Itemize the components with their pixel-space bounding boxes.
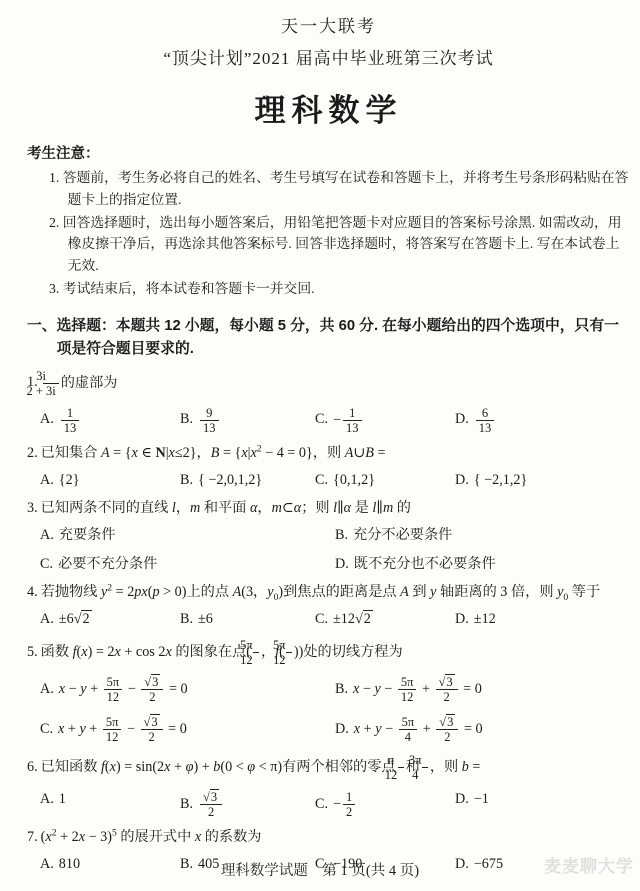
exam-session-title: “顶尖计划”2021 届高中毕业班第三次考试 xyxy=(27,44,630,69)
option-label: B. xyxy=(180,796,193,812)
fraction: 3i2 + 3i xyxy=(43,369,59,398)
question-stem: 4.若抛物线 y2 = 2px(p > 0)上的点 A(3，y0)到焦点的距离是… xyxy=(27,582,630,603)
options: A.充要条件B.充分不必要条件C.必要不充分条件D.既不充分也不必要条件 xyxy=(40,525,630,575)
option-label: B. xyxy=(180,411,193,427)
options: A.1B.√32C.−12D.−1 xyxy=(40,789,630,820)
fraction: 5π12 xyxy=(104,675,123,704)
fraction: 5π12 xyxy=(398,675,417,704)
option-label: B. xyxy=(335,681,348,697)
option-D: D.x + y − 5π4 + √32 = 0 xyxy=(335,714,630,745)
option-C: C.必要不充分条件 xyxy=(40,554,335,575)
fraction: √32 xyxy=(200,790,222,819)
option-C: C.−113 xyxy=(315,405,455,436)
radical: √3 xyxy=(203,789,219,804)
fraction: √32 xyxy=(436,715,458,744)
option-label: B. xyxy=(180,472,193,488)
fraction: π12 xyxy=(398,753,404,782)
options: A.x − y + 5π12 − √32 = 0B.x − y − 5π12 +… xyxy=(40,674,630,745)
radical: √3 xyxy=(144,674,160,689)
option-label: A. xyxy=(40,681,54,697)
option-label: D. xyxy=(335,721,349,737)
options: A.±6√2B.±6C.±12√2D.±12 xyxy=(40,609,630,630)
option-B: B.{ −2,0,1,2} xyxy=(180,470,315,491)
question-number: 6. xyxy=(27,759,38,775)
question-stem: 5.函数 f(x) = 2x + cos 2x 的图象在点(5π12，f(5π1… xyxy=(27,637,630,668)
notice-item-3: 3. 考试结束后，将本试卷和答题卡一并交回. xyxy=(49,278,630,300)
radical: √2 xyxy=(74,610,92,627)
fraction: 613 xyxy=(476,406,494,435)
fraction: 5π12 xyxy=(103,715,122,744)
question-stem: 2.已知集合 A = {x ∈ N|x≤2}，B = {x|x2 − 4 = 0… xyxy=(27,443,630,464)
option-label: C. xyxy=(315,611,328,627)
option-label: D. xyxy=(335,556,349,572)
fraction: 3π4 xyxy=(422,753,428,782)
radical: √3 xyxy=(439,714,455,729)
option-label: B. xyxy=(335,527,348,543)
exam-organizer-title: 天一大联考 xyxy=(27,12,630,37)
question-number: 4. xyxy=(27,584,38,600)
option-label: C. xyxy=(315,472,328,488)
option-D: D.±12 xyxy=(455,609,630,630)
option-label: C. xyxy=(40,556,53,572)
fraction: 5π12 xyxy=(286,638,292,667)
question-stem: 3.已知两条不同的直线 l，m 和平面 α，m⊂α；则 l∥α 是 l∥m 的 xyxy=(27,498,630,519)
question-stem: 6.已知函数 f(x) = sin(2x + φ) + b(0 < φ < π)… xyxy=(27,752,630,783)
fraction: 5π12 xyxy=(253,638,259,667)
question-number: 3. xyxy=(27,500,38,516)
subject-title: 理科数学 xyxy=(27,85,630,130)
option-A: A.{2} xyxy=(40,470,180,491)
option-B: B.充分不必要条件 xyxy=(335,525,630,546)
exam-page: 天一大联考 “顶尖计划”2021 届高中毕业班第三次考试 理科数学 考生注意： … xyxy=(27,12,630,875)
option-label: D. xyxy=(455,472,469,488)
question-number: 5. xyxy=(27,644,38,660)
question-6: 6.已知函数 f(x) = sin(2x + φ) + b(0 < φ < π)… xyxy=(27,752,630,820)
question-3: 3.已知两条不同的直线 l，m 和平面 α，m⊂α；则 l∥α 是 l∥m 的A… xyxy=(27,498,630,575)
option-D: D.−1 xyxy=(455,789,630,820)
fraction: √32 xyxy=(141,675,163,704)
fraction: √32 xyxy=(436,675,458,704)
notice-item-1: 1. 答题前，考生务必将自己的姓名、考生号填写在试卷和答题卡上，并将考生号条形码… xyxy=(49,167,630,211)
option-label: C. xyxy=(40,721,53,737)
option-label: B. xyxy=(180,611,193,627)
option-B: B.913 xyxy=(180,405,315,436)
fraction: 113 xyxy=(61,406,79,435)
question-number: 7. xyxy=(27,829,38,845)
question-2: 2.已知集合 A = {x ∈ N|x≤2}，B = {x|x2 − 4 = 0… xyxy=(27,443,630,491)
option-label: A. xyxy=(40,411,54,427)
questions-list: 1.3i2 + 3i的虚部为A.113B.913C.−113D.6132.已知集… xyxy=(27,368,630,875)
fraction: 12 xyxy=(343,790,355,819)
option-label: A. xyxy=(40,472,54,488)
fraction: 5π4 xyxy=(399,715,418,744)
option-label: C. xyxy=(315,411,328,427)
option-D: D.613 xyxy=(455,405,630,436)
notice-item-2: 2. 回答选择题时，选出每小题答案后，用铅笔把答题卡对应题目的答案标号涂黑. 如… xyxy=(49,212,630,277)
question-stem: 1.3i2 + 3i的虚部为 xyxy=(27,368,630,399)
option-label: D. xyxy=(455,611,469,627)
section-header: 一、选择题：本题共 12 小题，每小题 5 分，共 60 分. 在每小题给出的四… xyxy=(27,315,630,361)
option-A: A.1 xyxy=(40,789,180,820)
notice-list: 1. 答题前，考生务必将自己的姓名、考生号填写在试卷和答题卡上，并将考生号条形码… xyxy=(49,167,630,300)
option-C: C.{0,1,2} xyxy=(315,470,455,491)
option-label: D. xyxy=(455,791,469,807)
notice-title: 考生注意： xyxy=(27,142,630,163)
option-label: D. xyxy=(455,411,469,427)
radical: √2 xyxy=(355,610,373,627)
radical: √3 xyxy=(439,674,455,689)
option-label: C. xyxy=(315,796,328,812)
option-B: B.x − y − 5π12 + √32 = 0 xyxy=(335,674,630,705)
question-stem: 7.(x2 + 2x − 3)5 的展开式中 x 的系数为 xyxy=(27,827,630,848)
option-B: B.±6 xyxy=(180,609,315,630)
options: A.{2}B.{ −2,0,1,2}C.{0,1,2}D.{ −2,1,2} xyxy=(40,470,630,491)
option-label: A. xyxy=(40,527,54,543)
fraction: √32 xyxy=(141,715,163,744)
question-4: 4.若抛物线 y2 = 2px(p > 0)上的点 A(3，y0)到焦点的距离是… xyxy=(27,582,630,630)
option-C: C.−12 xyxy=(315,789,455,820)
question-1: 1.3i2 + 3i的虚部为A.113B.913C.−113D.613 xyxy=(27,368,630,436)
question-5: 5.函数 f(x) = 2x + cos 2x 的图象在点(5π12，f(5π1… xyxy=(27,637,630,745)
option-C: C.±12√2 xyxy=(315,609,455,630)
option-A: A.±6√2 xyxy=(40,609,180,630)
option-D: D.{ −2,1,2} xyxy=(455,470,630,491)
option-C: C.x + y + 5π12 − √32 = 0 xyxy=(40,714,335,745)
watermark: 麦麦聊大学 xyxy=(544,852,634,877)
option-A: A.充要条件 xyxy=(40,525,335,546)
option-label: A. xyxy=(40,611,54,627)
radical: √3 xyxy=(144,714,160,729)
option-A: A.113 xyxy=(40,405,180,436)
fraction: 113 xyxy=(343,406,361,435)
question-number: 2. xyxy=(27,445,38,461)
option-label: A. xyxy=(40,791,54,807)
option-A: A.x − y + 5π12 − √32 = 0 xyxy=(40,674,335,705)
options: A.113B.913C.−113D.613 xyxy=(40,405,630,436)
option-B: B.√32 xyxy=(180,789,315,820)
option-D: D.既不充分也不必要条件 xyxy=(335,554,630,575)
fraction: 913 xyxy=(200,406,218,435)
